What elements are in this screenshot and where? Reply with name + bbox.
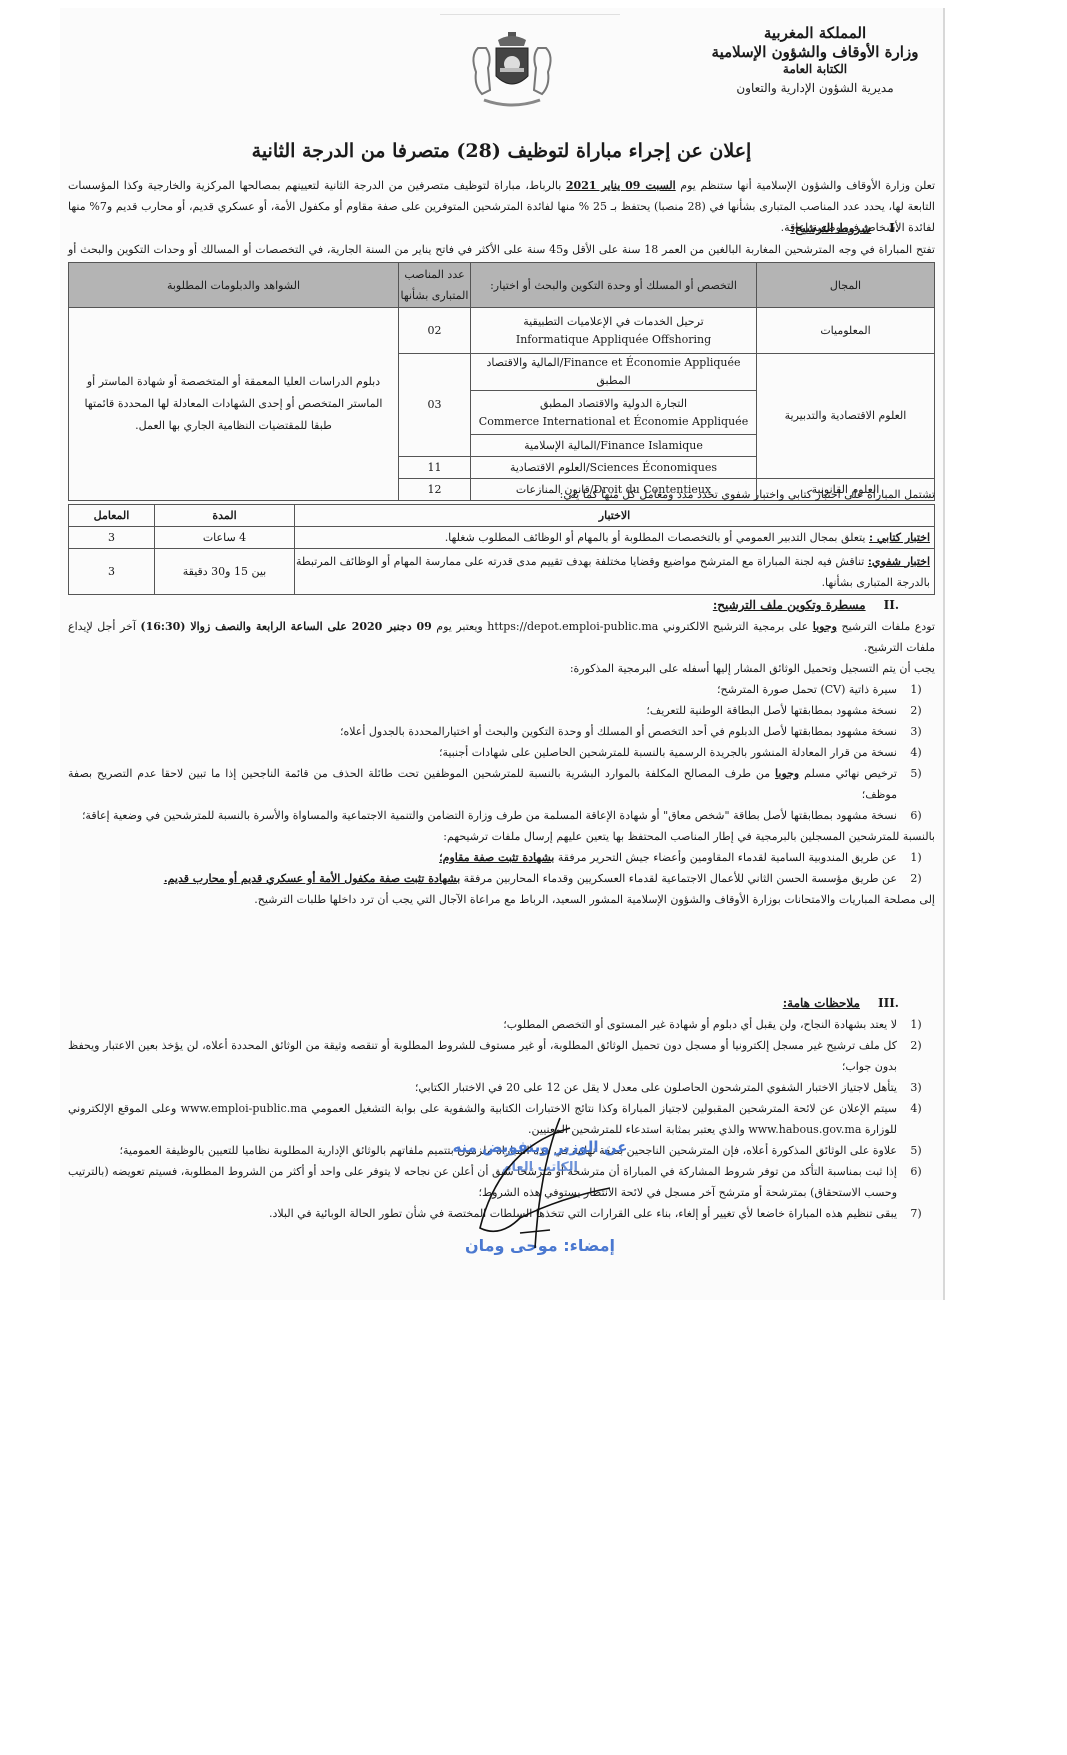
col-header-diplomas: الشواهد والدبلومات المطلوبة bbox=[69, 263, 399, 308]
cell-duration: 4 ساعات bbox=[155, 527, 295, 549]
intro-text: تعلن وزارة الأوقاف والشؤون الإسلامية أنه… bbox=[676, 179, 935, 192]
cell-posts: 03 bbox=[399, 354, 471, 457]
cell-posts: 11 bbox=[399, 457, 471, 479]
cell-coef: 3 bbox=[69, 527, 155, 549]
submission-paragraph: تودع ملفات الترشيح وجوبا على برمجية التر… bbox=[68, 616, 935, 658]
cell-field: العلوم الاقتصادية والتدبيرية bbox=[757, 354, 935, 479]
exams-table: الاختبار المدة المعامل اختبار كتابي : يت… bbox=[68, 504, 935, 595]
reserved-list: 1)عن طريق المندوبية السامية لقدماء المقا… bbox=[68, 847, 935, 889]
cell-diplomas: دبلوم الدراسات العليا المعمقة أو المتخصص… bbox=[69, 308, 399, 501]
cell-coef: 3 bbox=[69, 549, 155, 595]
cell-specialty: التجارة الدولية والاقتصاد المطبقCommerce… bbox=[471, 391, 757, 435]
cell-posts: 02 bbox=[399, 308, 471, 354]
col-header-duration: المدة bbox=[155, 505, 295, 527]
letterhead: المملكة المغربية وزارة الأوقاف والشؤون ا… bbox=[705, 24, 925, 96]
documents-list: 1)سيرة ذاتية (CV) تحمل صورة المترشح؛ 2)ن… bbox=[68, 679, 935, 826]
list-item: 2)نسخة مشهود بمطابقتها لأصل البطاقة الوط… bbox=[68, 700, 935, 721]
reserved-posts-text: بالنسبة للمترشحين المسجلين بالبرمجية في … bbox=[68, 826, 935, 847]
cell-specialty: ترحيل الخدمات في الإعلاميات التطبيقيةInf… bbox=[471, 308, 757, 354]
col-header-exam: الاختبار bbox=[295, 505, 935, 527]
list-item: 6)نسخة مشهود بمطابقتها لأصل بطاقة "شخص م… bbox=[68, 805, 935, 826]
specialties-table: المجال التخصص أو المسلك أو وحدة التكوين … bbox=[68, 262, 935, 501]
col-header-posts: عدد المناصب المتبارى بشأنها bbox=[399, 263, 471, 308]
list-item: 1)سيرة ذاتية (CV) تحمل صورة المترشح؛ bbox=[68, 679, 935, 700]
list-item: 2)عن طريق مؤسسة الحسن الثاني للأعمال الا… bbox=[68, 868, 935, 889]
page-title: إعلان عن إجراء مباراة لتوظيف (28) متصرفا… bbox=[60, 140, 943, 162]
cell-exam: اختبار كتابي : يتعلق بمجال التدبير العمو… bbox=[295, 527, 935, 549]
document-page: المملكة المغربية وزارة الأوقاف والشؤون ا… bbox=[60, 8, 945, 1300]
list-item: 3)نسخة مشهود بمطابقتها لأصل الدبلوم في أ… bbox=[68, 721, 935, 742]
col-header-specialty: التخصص أو المسلك أو وحدة التكوين والبحث … bbox=[471, 263, 757, 308]
cell-exam: اختبار شفوي: تناقش فيه لجنة المباراة مع … bbox=[295, 549, 935, 595]
table-row: اختبار كتابي : يتعلق بمجال التدبير العمو… bbox=[69, 527, 935, 549]
cell-specialty: Sciences Économiques/العلوم الاقتصادية bbox=[471, 457, 757, 479]
col-header-field: المجال bbox=[757, 263, 935, 308]
scan-artifact bbox=[440, 14, 620, 15]
list-item: 5)ترخيص نهائي مسلم وجوبا من طرف المصالح … bbox=[68, 763, 935, 805]
section-number: I. bbox=[889, 218, 899, 239]
col-header-coef: المعامل bbox=[69, 505, 155, 527]
list-item: 1)عن طريق المندوبية السامية لقدماء المقا… bbox=[68, 847, 935, 868]
signature-block: عن الوزير وبتفويض منه الكاتب العام إمضاء… bbox=[440, 1108, 640, 1268]
secretariat-name: الكتابة العامة bbox=[705, 62, 925, 77]
table-row: المعلوميات ترحيل الخدمات في الإعلاميات ا… bbox=[69, 308, 935, 354]
table-row: اختبار شفوي: تناقش فيه لجنة المباراة مع … bbox=[69, 549, 935, 595]
section-2: II.مسطرة وتكوين ملف الترشيح: تودع ملفات … bbox=[68, 595, 935, 910]
list-item: 4)نسخة من قرار المعادلة المنشور بالجريدة… bbox=[68, 742, 935, 763]
submission-office-text: إلى مصلحة المباريات والامتحانات بوزارة ا… bbox=[68, 889, 935, 910]
directorate-name: مديرية الشؤون الإدارية والتعاون bbox=[705, 81, 925, 96]
section-heading: شروط الترشيح: bbox=[790, 218, 871, 239]
cell-specialty: Finance et Économie Appliquée/المالية وا… bbox=[471, 354, 757, 391]
list-item: 3)يتأهل لاجتياز الاختبار الشفوي المترشحو… bbox=[68, 1077, 935, 1098]
cell-field: المعلوميات bbox=[757, 308, 935, 354]
cell-duration: بين 15 و30 دقيقة bbox=[155, 549, 295, 595]
coat-of-arms-icon bbox=[464, 28, 560, 112]
list-item: 1)لا يعتد بشهادة النجاح، ولن يقبل أي دبل… bbox=[68, 1014, 935, 1035]
exams-intro: تشتمل المباراة على اختبار كتابي واختبار … bbox=[68, 484, 935, 505]
list-item: 2)كل ملف ترشيح غير مسجل إلكترونيا أو مسج… bbox=[68, 1035, 935, 1077]
section-heading: مسطرة وتكوين ملف الترشيح: bbox=[713, 595, 866, 616]
upload-instructions: يجب أن يتم التسجيل وتحميل الوثائق المشار… bbox=[68, 658, 935, 679]
section-heading: ملاحظات هامة: bbox=[783, 993, 860, 1014]
handwritten-signature-icon bbox=[440, 1108, 640, 1268]
cell-specialty: Finance Islamique/المالية الإسلامية bbox=[471, 435, 757, 457]
ministry-name: وزارة الأوقاف والشؤون الإسلامية bbox=[705, 43, 925, 62]
section-number: II. bbox=[884, 595, 899, 616]
kingdom-name: المملكة المغربية bbox=[705, 24, 925, 43]
section-number: III. bbox=[878, 993, 899, 1014]
exam-date: السبت 09 يناير 2021 bbox=[566, 179, 676, 192]
